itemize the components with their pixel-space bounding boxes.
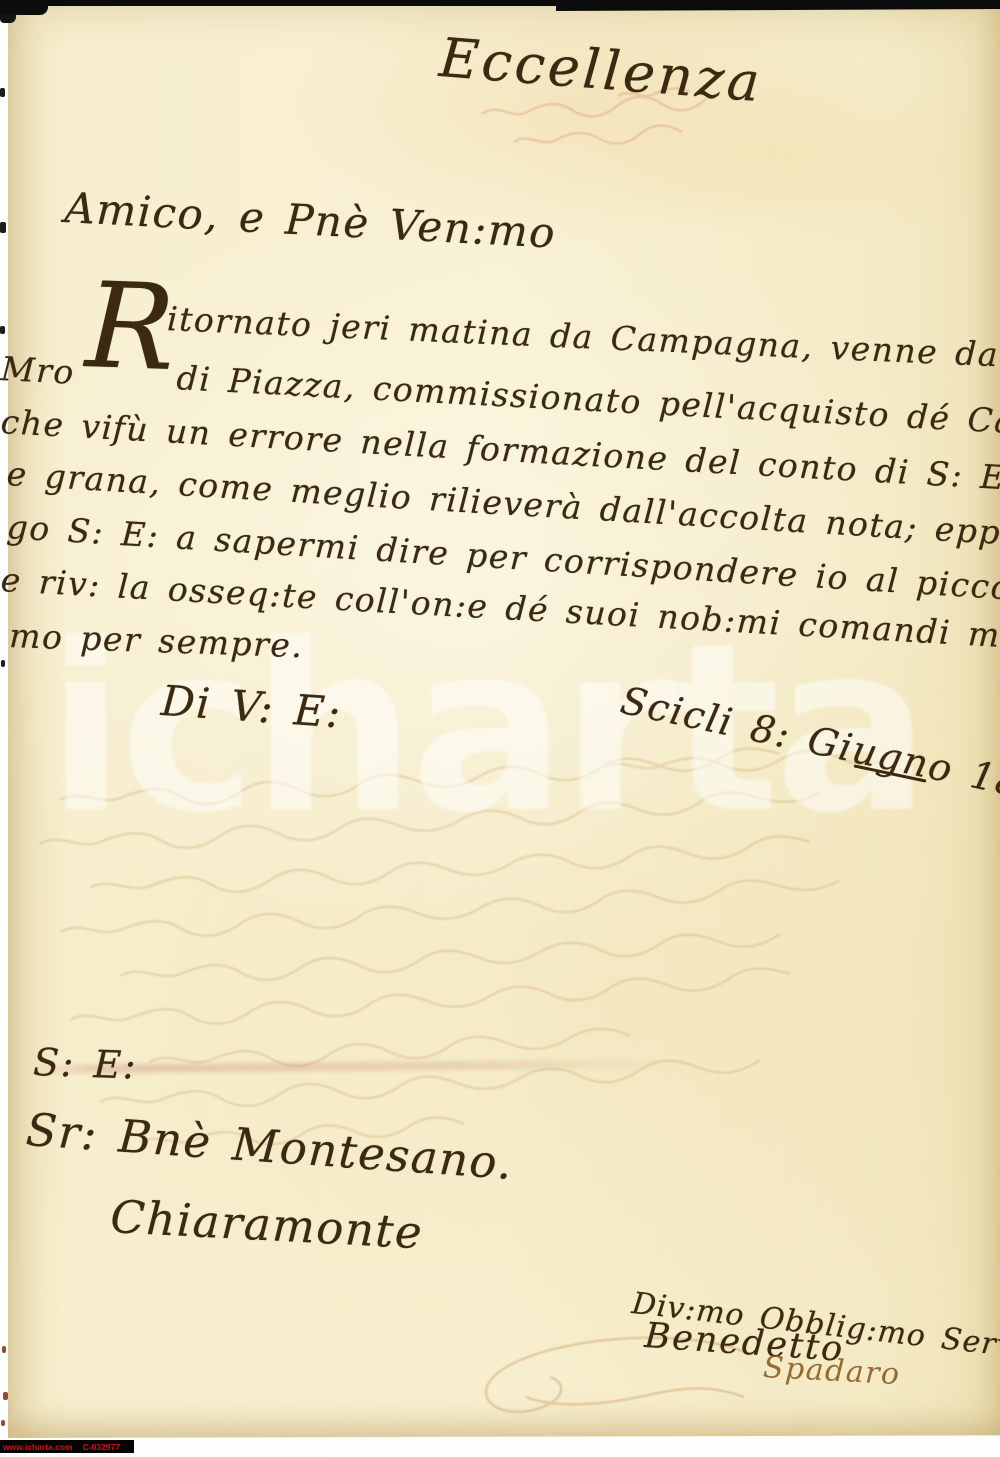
scan-artifact-red-speck (1, 1420, 5, 1426)
catalog-code-label: C-032977 (83, 1442, 120, 1452)
scan-artifact-corner-2 (0, 14, 16, 23)
catalog-site-label: www.icharta.com (3, 1442, 73, 1452)
scan-artifact-red-speck (3, 1392, 8, 1400)
address-honorific: S: E: (32, 1040, 137, 1088)
scan-edge-top-bar-right (556, 0, 1000, 11)
scan-artifact-speck (0, 88, 5, 97)
scan-artifact-speck (0, 326, 5, 334)
scan-artifact-corner (0, 0, 48, 15)
catalog-bar: www.icharta.com C-032977 (0, 1440, 134, 1453)
scanned-letter-page: icharta Eccellenza Amico, e Pnè Ven:mo R… (0, 0, 1000, 1457)
scan-artifact-speck (1, 660, 5, 667)
scan-background-bottom (0, 1435, 1000, 1457)
scan-artifact-speck (0, 222, 6, 233)
signature-surname: Spadaro (762, 1350, 901, 1392)
margin-word: che vi (0, 402, 114, 447)
scan-artifact-red-speck (2, 1346, 6, 1353)
